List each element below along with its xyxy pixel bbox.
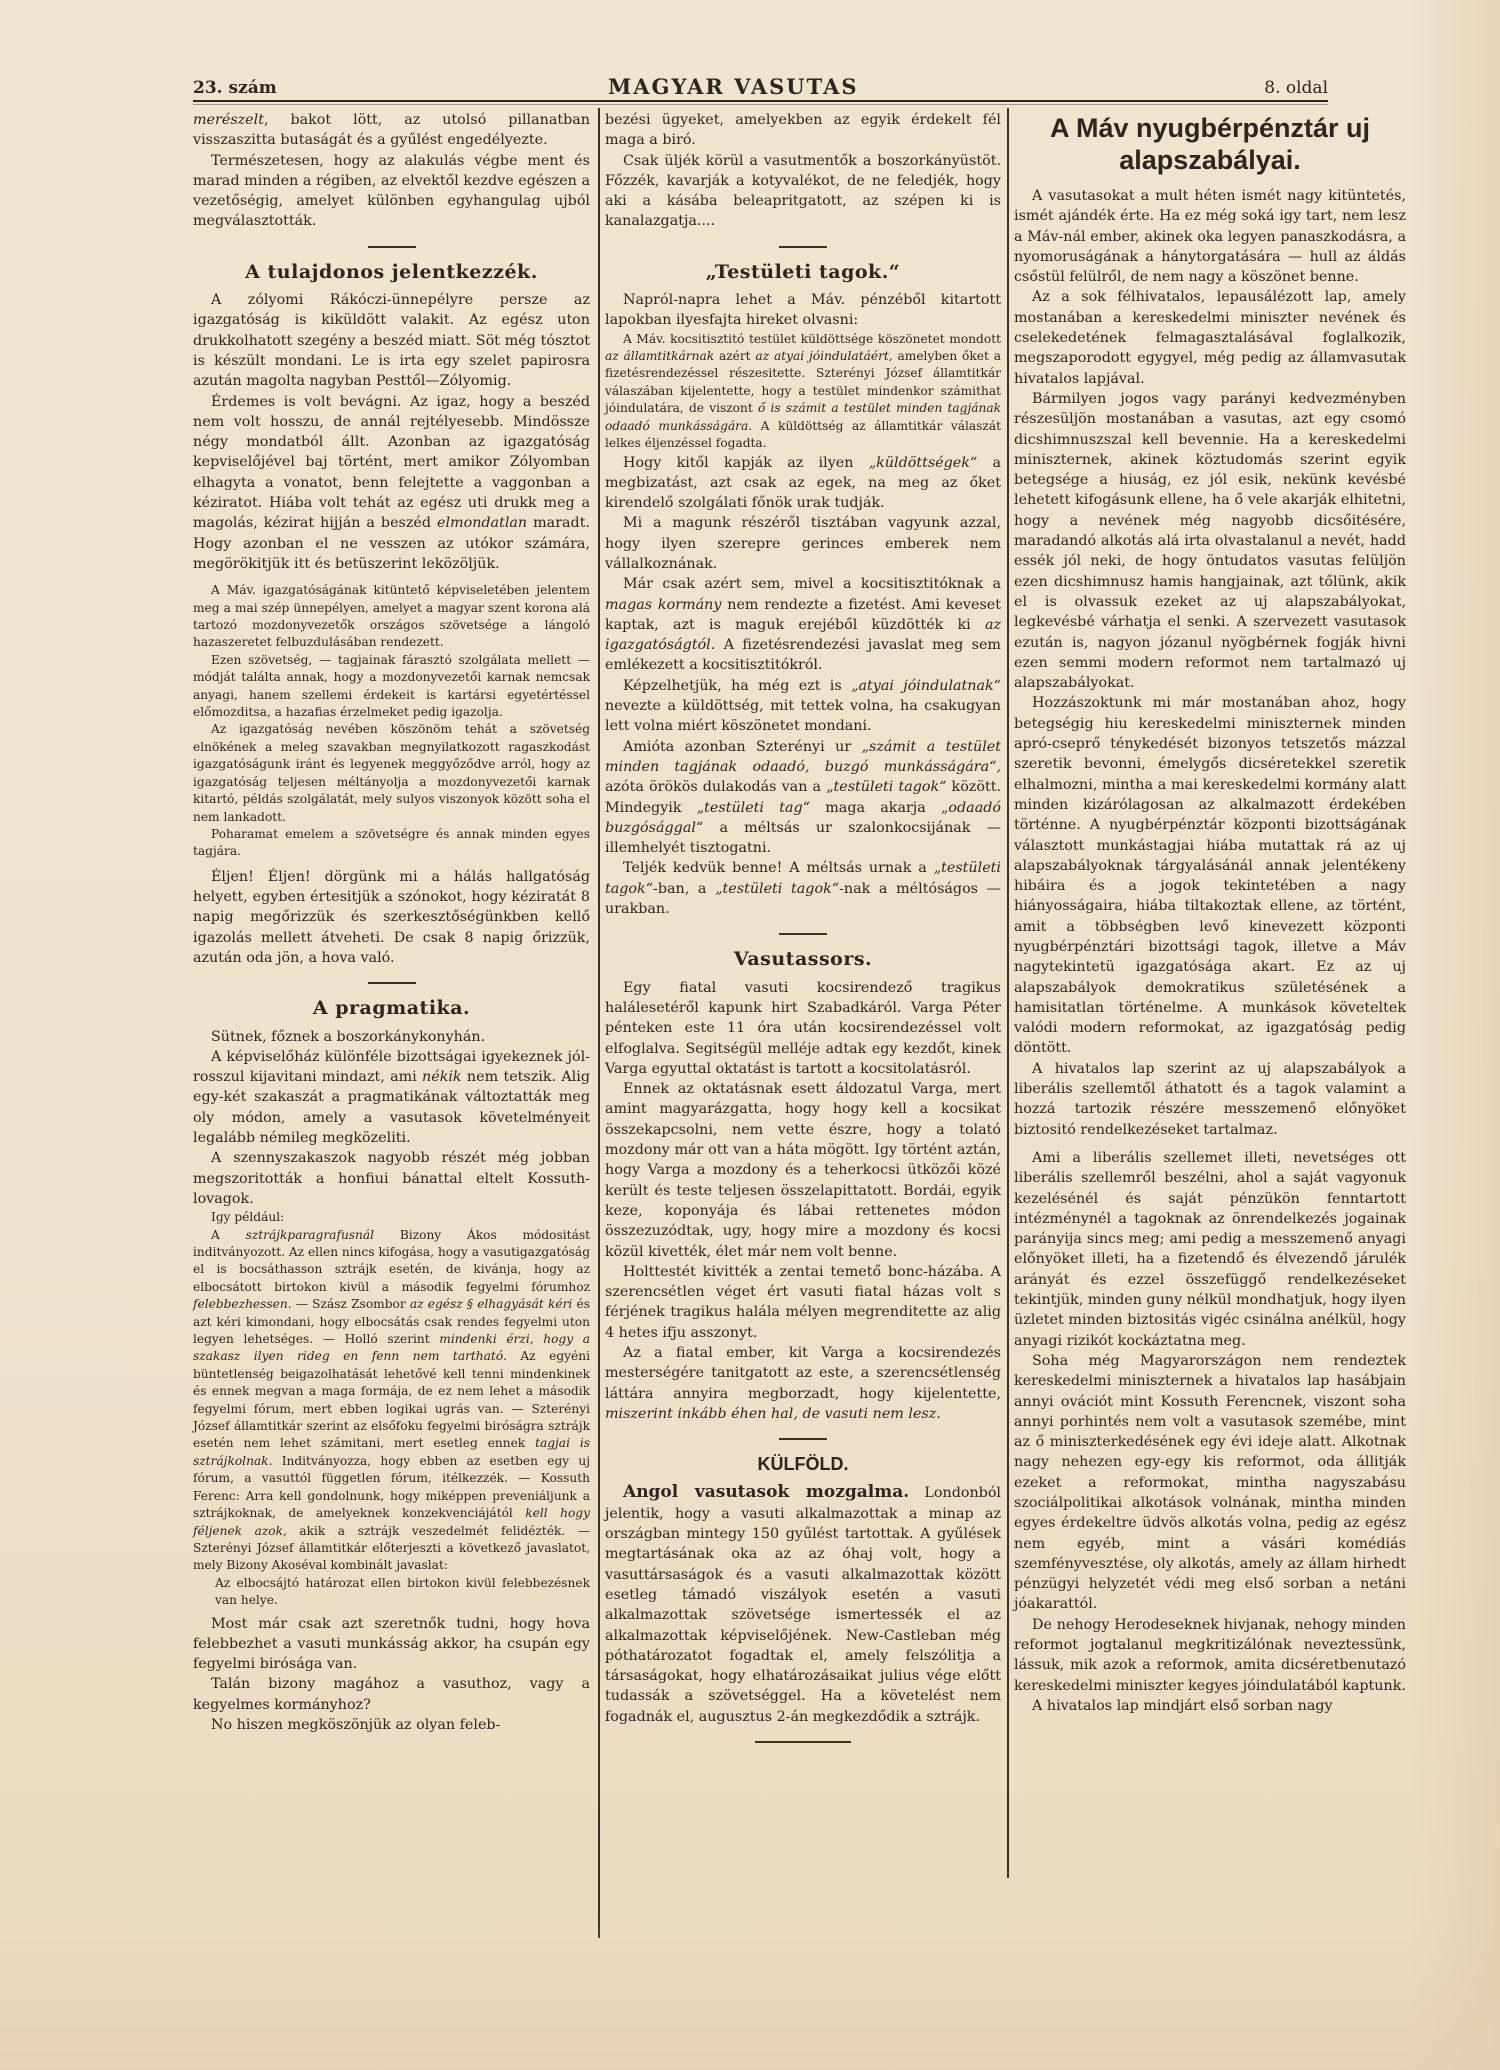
paragraph: Mi a magunk részéről tisztában vagyunk a… bbox=[605, 513, 1001, 574]
column-3: A Máv nyugbérpénztár uj alapszabályai. A… bbox=[1014, 110, 1406, 1716]
paragraph: Bármilyen jogos vagy parányi kedvezményb… bbox=[1014, 389, 1406, 693]
article-heading: A pragmatika. bbox=[193, 998, 590, 1018]
quoted-speech: Ezen szövetség, — tagjainak fárasztó szo… bbox=[193, 652, 590, 722]
paragraph: Ami a liberális szellemet illeti, nevets… bbox=[1014, 1148, 1406, 1351]
paragraph: Már csak azért sem, mivel a kocsitisztit… bbox=[605, 574, 1001, 675]
issue-number: 23. szám bbox=[193, 78, 277, 98]
article-heading: A tulajdonos jelentkezzék. bbox=[193, 262, 590, 282]
paragraph: Ennek az oktatásnak esett áldozatul Varg… bbox=[605, 1079, 1001, 1262]
masthead: 23. szám MAGYAR VASUTAS 8. oldal bbox=[193, 74, 1328, 102]
paper-bottom-shadow bbox=[0, 1920, 1500, 2070]
paragraph: Talán bizony magához a vasuthoz, vagy a … bbox=[193, 1674, 590, 1715]
paragraph: De nehogy Herodeseknek hivjanak, nehogy … bbox=[1014, 1615, 1406, 1696]
paragraph: A zólyomi Rákóczi-ünnepélyre persze az i… bbox=[193, 290, 590, 391]
section-separator bbox=[368, 982, 416, 984]
paragraph: Az a fiatal ember, kit Varga a kocsirend… bbox=[605, 1343, 1001, 1424]
column-1: merészelt, bakot lött, az utolsó pillana… bbox=[193, 110, 590, 1735]
paragraph: Csak üljék körül a vasutmentők a boszork… bbox=[605, 151, 1001, 232]
news-lead: Angol vasutasok mozgalma. bbox=[623, 1482, 909, 1502]
column-2: bezési ügyeket, amelyekben az egyik érde… bbox=[605, 110, 1001, 1751]
paragraph: Hogy kitől kapják az ilyen „küldöttségek… bbox=[605, 453, 1001, 514]
paragraph: bezési ügyeket, amelyekben az egyik érde… bbox=[605, 110, 1001, 151]
page-number: 8. oldal bbox=[1264, 78, 1328, 98]
paragraph: Éljen! Éljen! dörgünk mi a hálás hallgat… bbox=[193, 867, 590, 968]
paragraph: A hivatalos lap mindjárt első sorban nag… bbox=[1014, 1696, 1406, 1716]
paragraph: Képzelhetjük, ha még ezt is „atyai jóind… bbox=[605, 676, 1001, 737]
quoted-proposal: Az elbocsájtó határozat ellen birtokon k… bbox=[193, 1575, 590, 1610]
paragraph: Angol vasutasok mozgalma. Londonból jele… bbox=[605, 1482, 1001, 1727]
paragraph: Sütnek, főznek a boszorkánykonyhán. bbox=[193, 1027, 590, 1047]
section-separator bbox=[779, 933, 827, 935]
section-separator bbox=[368, 246, 416, 248]
article-heading: Vasutassors. bbox=[605, 949, 1001, 969]
column-divider bbox=[1007, 108, 1009, 1878]
section-separator bbox=[779, 1438, 827, 1440]
paragraph: merészelt, bakot lött, az utolsó pillana… bbox=[193, 110, 590, 151]
paragraph: A hivatalos lap szerint az uj alapszabál… bbox=[1014, 1059, 1406, 1140]
paragraph: A szennyszakaszok nagyobb részét még job… bbox=[193, 1148, 590, 1209]
paragraph: Igy például: bbox=[193, 1209, 590, 1226]
end-rule bbox=[755, 1741, 851, 1743]
paragraph: Az a sok félhivatalos, lepausálézott lap… bbox=[1014, 287, 1406, 388]
paragraph: Természetesen, hogy az alakulás végbe me… bbox=[193, 151, 590, 232]
section-heading-foreign: KÜLFÖLD. bbox=[605, 1454, 1001, 1474]
paragraph: Teljék kedvük benne! A méltsás urnak a „… bbox=[605, 858, 1001, 919]
paragraph: Soha még Magyarországon nem rendeztek ke… bbox=[1014, 1351, 1406, 1615]
paragraph: A vasutasokat a mult héten ismét nagy ki… bbox=[1014, 186, 1406, 287]
header-rule bbox=[193, 100, 1328, 102]
paragraph: Hozzászoktunk mi már mostanában ahoz, ho… bbox=[1014, 693, 1406, 1058]
paragraph: A képviselőház különféle bizottságai igy… bbox=[193, 1047, 590, 1148]
newspaper-title: MAGYAR VASUTAS bbox=[608, 74, 859, 99]
quoted-speech: Poharamat emelem a szövetségre és annak … bbox=[193, 826, 590, 861]
newspaper-page: 23. szám MAGYAR VASUTAS 8. oldal merésze… bbox=[0, 0, 1500, 2070]
article-heading-main: A Máv nyugbérpénztár uj alapszabályai. bbox=[1014, 112, 1406, 176]
header-rule-thin bbox=[193, 104, 1328, 105]
paper-edge-shadow bbox=[1410, 0, 1500, 2070]
paragraph: Amióta azonban Szterényi ur „számit a te… bbox=[605, 737, 1001, 859]
quoted-speech: A Máv. igazgatóságának kitüntető képvise… bbox=[193, 582, 590, 652]
paragraph: Egy fiatal vasuti kocsirendező tragikus … bbox=[605, 978, 1001, 1079]
quoted-proceedings: A sztrájkparagrafusnál Bizony Ákos módos… bbox=[193, 1227, 590, 1575]
section-separator bbox=[779, 246, 827, 248]
paragraph: Érdemes is volt bevágni. Az igaz, hogy a… bbox=[193, 392, 590, 575]
paragraph: Napról-napra lehet a Máv. pénzéből kitar… bbox=[605, 290, 1001, 331]
paragraph: Holttestét kivitték a zentai temető bonc… bbox=[605, 1262, 1001, 1343]
paragraph: Most már csak azt szeretnők tudni, hogy … bbox=[193, 1614, 590, 1675]
quoted-speech: Az igazgatóság nevében köszönöm tehát a … bbox=[193, 721, 590, 825]
article-heading: „Testületi tagok.“ bbox=[605, 262, 1001, 282]
column-divider bbox=[598, 108, 600, 1938]
paragraph: No hiszen megköszönjük az olyan feleb- bbox=[193, 1715, 590, 1735]
quoted-news: A Máv. kocsitisztitó testület küldöttség… bbox=[605, 331, 1001, 453]
